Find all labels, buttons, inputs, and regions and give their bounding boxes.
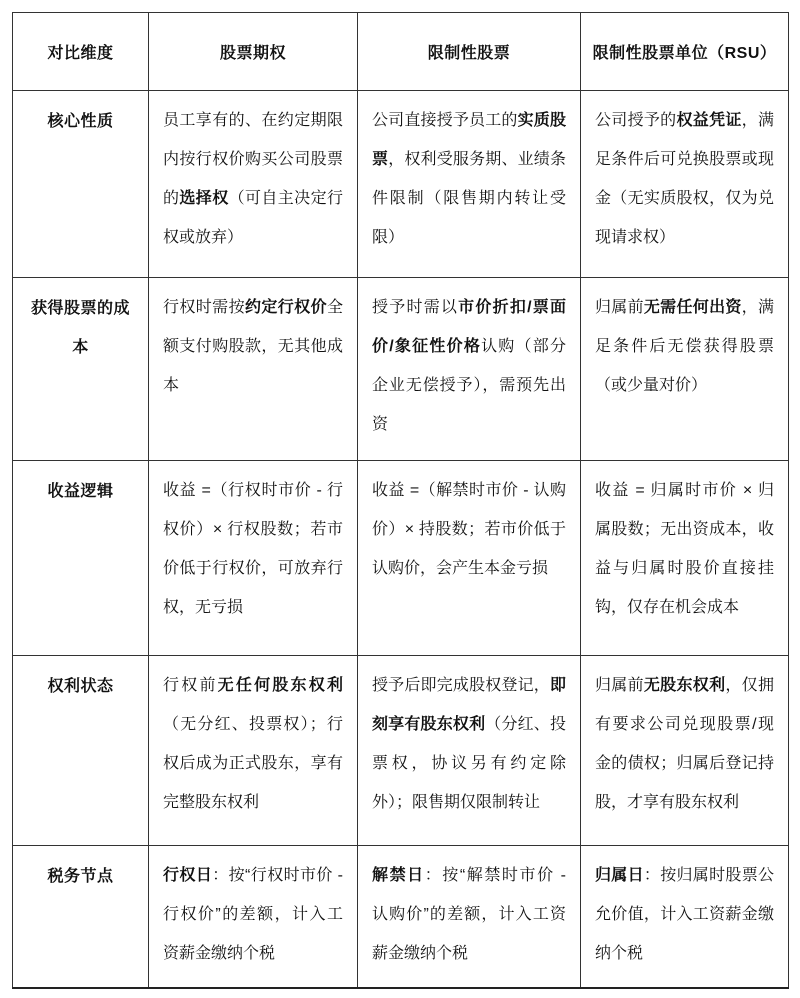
table-cell: 解禁日：按“解禁时市价 - 认购价”的差额，计入工资薪金缴纳个税 (358, 846, 581, 988)
table-cell: 收益 =（解禁时市价 - 认购价）× 持股数；若市价低于认购价，会产生本金亏损 (358, 461, 581, 656)
header-restricted-stock: 限制性股票 (358, 13, 581, 91)
table-row: 收益逻辑收益 =（行权时市价 - 行权价）× 行权股数；若市价低于行权价，可放弃… (13, 461, 789, 656)
table-cell: 归属日：按归属时股票公允价值，计入工资薪金缴纳个税 (581, 846, 789, 988)
equity-comparison-table: 对比维度 股票期权 限制性股票 限制性股票单位（RSU） 核心性质员工享有的、在… (12, 12, 789, 989)
dimension-label: 核心性质 (13, 91, 149, 278)
header-dimension: 对比维度 (13, 13, 149, 91)
dimension-label: 收益逻辑 (13, 461, 149, 656)
table-cell: 归属前无股东权利，仅拥有要求公司兑现股票/现金的债权；归属后登记持股，才享有股东… (581, 656, 789, 846)
table-row: 核心性质员工享有的、在约定期限内按行权价购买公司股票的选择权（可自主决定行权或放… (13, 91, 789, 278)
table-cell: 行权日：按“行权时市价 - 行权价”的差额，计入工资薪金缴纳个税 (149, 846, 358, 988)
header-rsu: 限制性股票单位（RSU） (581, 13, 789, 91)
table-cell: 公司直接授予员工的实质股票，权利受服务期、业绩条件限制（限售期内转让受限） (358, 91, 581, 278)
table-cell: 授予时需以市价折扣/票面价/象征性价格认购（部分企业无偿授予），需预先出资 (358, 278, 581, 461)
table-cell: 员工享有的、在约定期限内按行权价购买公司股票的选择权（可自主决定行权或放弃） (149, 91, 358, 278)
dimension-label: 税务节点 (13, 846, 149, 988)
dimension-label: 权利状态 (13, 656, 149, 846)
table-cell: 行权时需按约定行权价全额支付购股款，无其他成本 (149, 278, 358, 461)
dimension-label: 获得股票的成本 (13, 278, 149, 461)
table-cell: 归属前无需任何出资，满足条件后无偿获得股票（或少量对价） (581, 278, 789, 461)
table-row: 获得股票的成本行权时需按约定行权价全额支付购股款，无其他成本授予时需以市价折扣/… (13, 278, 789, 461)
table-cell: 收益 =（行权时市价 - 行权价）× 行权股数；若市价低于行权价，可放弃行权，无… (149, 461, 358, 656)
table-body: 核心性质员工享有的、在约定期限内按行权价购买公司股票的选择权（可自主决定行权或放… (13, 91, 789, 988)
table-cell: 公司授予的权益凭证，满足条件后可兑换股票或现金（无实质股权，仅为兑现请求权） (581, 91, 789, 278)
table-cell: 行权前无任何股东权利（无分红、投票权）；行权后成为正式股东，享有完整股东权利 (149, 656, 358, 846)
table-row: 权利状态行权前无任何股东权利（无分红、投票权）；行权后成为正式股东，享有完整股东… (13, 656, 789, 846)
header-stock-option: 股票期权 (149, 13, 358, 91)
header-row: 对比维度 股票期权 限制性股票 限制性股票单位（RSU） (13, 13, 789, 91)
table-cell: 授予后即完成股权登记，即刻享有股东权利（分红、投票权，协议另有约定除外）；限售期… (358, 656, 581, 846)
table-header: 对比维度 股票期权 限制性股票 限制性股票单位（RSU） (13, 13, 789, 91)
table-cell: 收益 = 归属时市价 × 归属股数；无出资成本，收益与归属时股价直接挂钩，仅存在… (581, 461, 789, 656)
table-row: 税务节点行权日：按“行权时市价 - 行权价”的差额，计入工资薪金缴纳个税解禁日：… (13, 846, 789, 988)
